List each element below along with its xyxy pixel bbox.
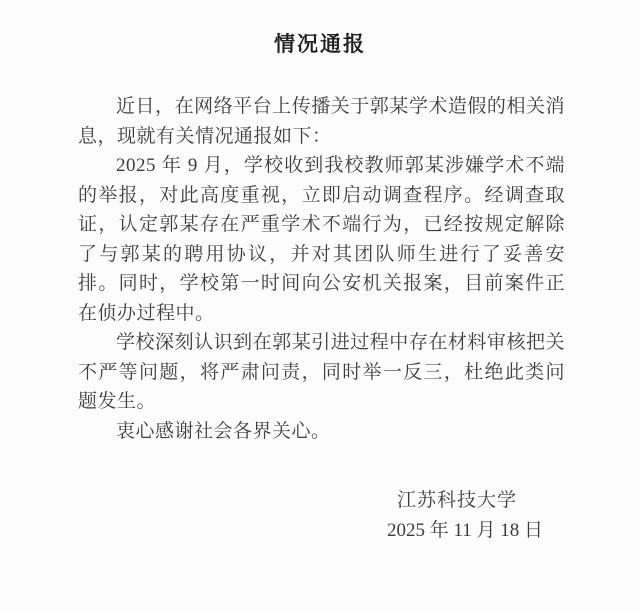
document-body: 近日，在网络平台上传播关于郭某学术造假的相关消息，现就有关情况通报如下： 202… bbox=[78, 92, 565, 446]
signature-date: 2025 年 11 月 18 日 bbox=[0, 516, 640, 546]
paragraph-thanks: 衷心感谢社会各界关心。 bbox=[78, 417, 565, 447]
paragraph-investigation: 2025 年 9 月，学校收到我校教师郭某涉嫌学术不端的举报，对此高度重视，立即… bbox=[78, 151, 565, 328]
document-title: 情况通报 bbox=[0, 28, 640, 58]
paragraph-intro: 近日，在网络平台上传播关于郭某学术造假的相关消息，现就有关情况通报如下： bbox=[78, 92, 565, 151]
paragraph-accountability: 学校深刻认识到在郭某引进过程中存在材料审核把关不严等问题，将严肃问责，同时举一反… bbox=[78, 328, 565, 417]
signature-organization: 江苏科技大学 bbox=[0, 486, 640, 516]
notice-document-page: 情况通报 近日，在网络平台上传播关于郭某学术造假的相关消息，现就有关情况通报如下… bbox=[0, 0, 640, 613]
